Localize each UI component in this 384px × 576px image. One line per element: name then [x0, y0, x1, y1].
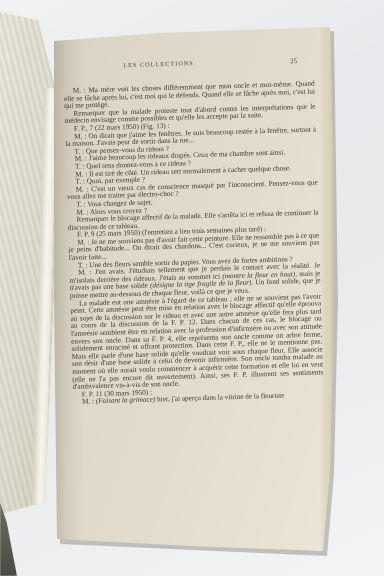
text-run: M. :	[82, 398, 96, 406]
printed-area: LES COLLECTIONS 25 M. : Ma mère voit les…	[63, 57, 326, 484]
paragraph: La malade eut une amnésie à l'égard de c…	[70, 293, 324, 392]
bottom-left-dark-corner	[0, 502, 17, 576]
page-number: 25	[290, 57, 297, 65]
text-run: La malade eut une amnésie à l'égard de c…	[70, 292, 323, 391]
italic-run: (Faisant la grimace)	[96, 396, 156, 406]
photo-scene: LES COLLECTIONS 25 M. : Ma mère voit les…	[0, 0, 384, 576]
left-page-leaf	[0, 0, 62, 520]
book-page: LES COLLECTIONS 25 M. : Ma mère voit les…	[0, 0, 384, 576]
running-head-title: LES COLLECTIONS	[63, 59, 254, 71]
running-head: LES COLLECTIONS 25	[63, 57, 314, 73]
page-body-text: M. : Ma mère voit les choses différemmen…	[64, 81, 324, 407]
